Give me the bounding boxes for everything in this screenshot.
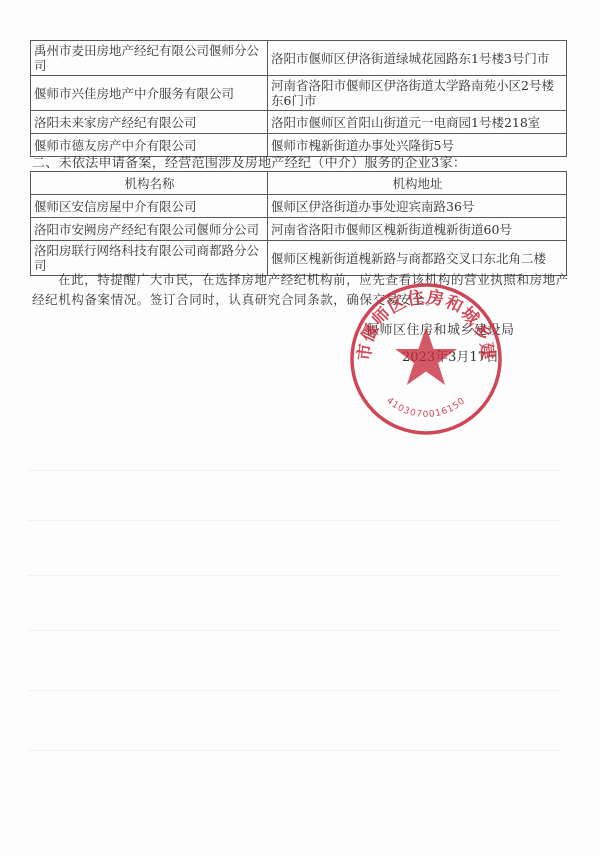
table-header-row: 机构名称 机构地址 [31, 172, 567, 195]
issuer-name: 偃师区住房和城乡建设局 [366, 319, 515, 338]
bleed-line [28, 750, 560, 751]
agency-name: 禹州市麦田房地产经纪有限公司偃师分公司 [31, 41, 268, 76]
agency-address: 洛阳市偃师区首阳山街道元一电商园1号楼218室 [268, 111, 567, 134]
table-row: 禹州市麦田房地产经纪有限公司偃师分公司 洛阳市偃师区伊洛街道绿城花园路东1号楼3… [31, 41, 567, 76]
agency-name: 洛阳市安阙房产经纪有限公司偃师分公司 [31, 218, 268, 241]
bleed-line [28, 470, 560, 471]
unregistered-agencies-table: 机构名称 机构地址 偃师区安信房屋中介有限公司 偃师区伊洛街道办事处迎宾南路36… [30, 171, 567, 276]
issue-date: 2023年3月17日 [402, 346, 499, 365]
registered-agencies-table: 禹州市麦田房地产经纪有限公司偃师分公司 洛阳市偃师区伊洛街道绿城花园路东1号楼3… [30, 40, 567, 157]
agency-name: 偃师区安信房屋中介有限公司 [31, 195, 268, 218]
section-heading: 二、未依法申请备案，经营范围涉及房地产经纪（中介）服务的企业3家： [32, 152, 466, 171]
column-header-address: 机构地址 [268, 172, 567, 195]
agency-address: 河南省洛阳市偃师区伊洛街道太学路南苑小区2号楼东6门市 [268, 76, 567, 111]
svg-text:4103070016150: 4103070016150 [384, 396, 468, 420]
table-row: 洛阳未来家房产经纪有限公司 洛阳市偃师区首阳山街道元一电商园1号楼218室 [31, 111, 567, 134]
bleed-line [28, 575, 560, 576]
bleed-line [28, 520, 560, 521]
bleed-line [28, 630, 560, 631]
agency-address: 偃师区伊洛街道办事处迎宾南路36号 [268, 195, 567, 218]
notice-paragraph: 在此，特提醒广大市民，在选择房地产经纪机构前，应先查看该机构的营业执照和房地产经… [32, 270, 570, 310]
agency-address: 河南省洛阳市偃师区槐新街道槐新街道60号 [268, 218, 567, 241]
column-header-name: 机构名称 [31, 172, 268, 195]
table-row: 偃师区安信房屋中介有限公司 偃师区伊洛街道办事处迎宾南路36号 [31, 195, 567, 218]
table-row: 洛阳市安阙房产经纪有限公司偃师分公司 河南省洛阳市偃师区槐新街道槐新街道60号 [31, 218, 567, 241]
seal-code: 4103070016150 [384, 396, 468, 420]
agency-address: 洛阳市偃师区伊洛街道绿城花园路东1号楼3号门市 [268, 41, 567, 76]
agency-name: 洛阳未来家房产经纪有限公司 [31, 111, 268, 134]
table-row: 偃师市兴佳房地产中介服务有限公司 河南省洛阳市偃师区伊洛街道太学路南苑小区2号楼… [31, 76, 567, 111]
bleed-line [28, 690, 560, 691]
agency-name: 偃师市兴佳房地产中介服务有限公司 [31, 76, 268, 111]
